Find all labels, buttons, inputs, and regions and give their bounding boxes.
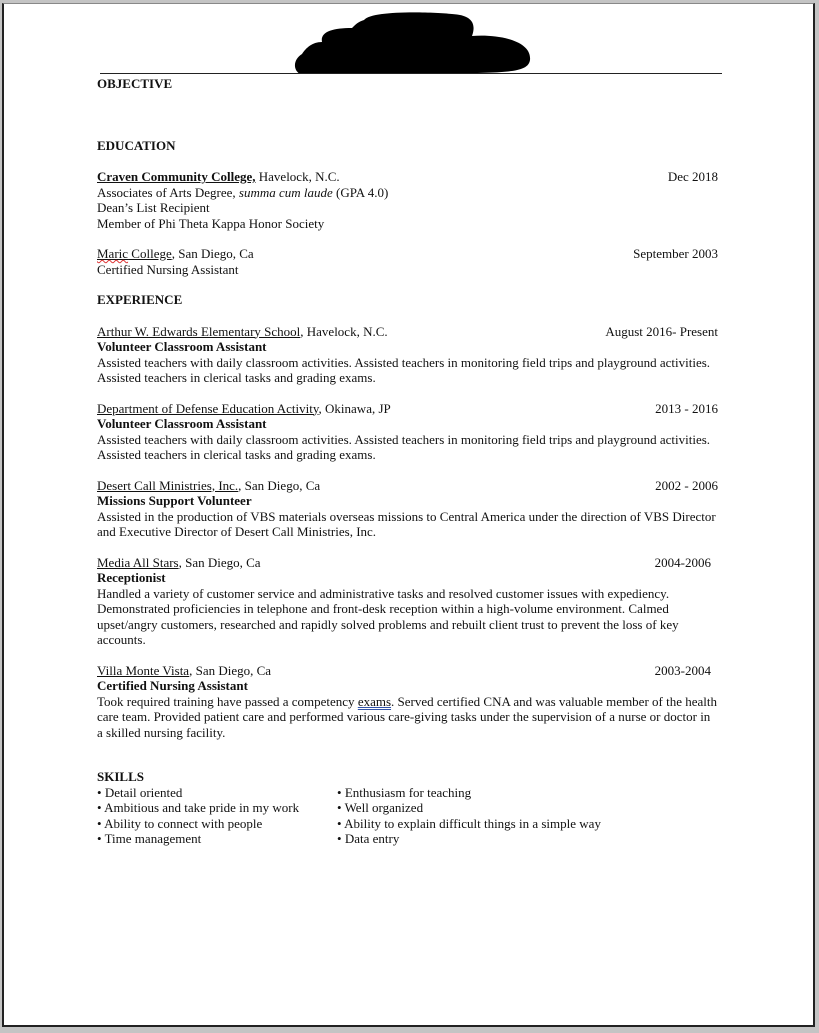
employer-name: Department of Defense Education Activity xyxy=(97,401,319,416)
education-detail: Dean’s List Recipient xyxy=(97,200,718,216)
employer-name: Desert Call Ministries, Inc. xyxy=(97,478,238,493)
institution-name: Craven Community College, xyxy=(97,169,256,184)
experience-date: 2003-2004 xyxy=(655,663,718,679)
institution-location: , San Diego, Ca xyxy=(172,246,254,261)
job-role: Certified Nursing Assistant xyxy=(97,678,718,694)
skill-text: Ability to connect with people xyxy=(104,816,262,831)
skill-text: Enthusiasm for teaching xyxy=(345,785,471,800)
experience-entry: Department of Defense Education Activity… xyxy=(97,401,718,463)
employer-location: , Havelock, N.C. xyxy=(300,324,387,339)
employer-name: Media All Stars xyxy=(97,555,179,570)
bullet-icon: • xyxy=(337,816,342,831)
employer-name: Villa Monte Vista xyxy=(97,663,189,678)
job-role: Missions Support Volunteer xyxy=(97,493,718,509)
employer-location: , San Diego, Ca xyxy=(179,555,261,570)
bullet-icon: • xyxy=(337,831,342,846)
education-date: September 2003 xyxy=(633,246,718,262)
spelling-flagged-word[interactable]: Maric xyxy=(97,246,128,261)
bullet-icon: • xyxy=(97,785,102,800)
skill-text: Data entry xyxy=(345,831,400,846)
skill-item: • Well organized xyxy=(337,800,718,816)
bullet-icon: • xyxy=(337,800,342,815)
section-heading-objective: OBJECTIVE xyxy=(97,76,718,92)
education-detail: Member of Phi Theta Kappa Honor Society xyxy=(97,216,718,232)
experience-date: August 2016- Present xyxy=(605,324,718,340)
section-heading-education: EDUCATION xyxy=(97,138,718,154)
job-description: Handled a variety of customer service an… xyxy=(97,586,718,648)
employer-location: , San Diego, Ca xyxy=(189,663,271,678)
skill-item: • Time management xyxy=(97,831,337,847)
name-redaction-mark xyxy=(292,10,532,74)
education-entry: Craven Community College, Havelock, N.C.… xyxy=(97,169,718,231)
experience-entry: Media All Stars, San Diego, Ca2004-2006 … xyxy=(97,555,718,648)
experience-date: 2013 - 2016 xyxy=(655,401,718,417)
job-description: Assisted teachers with daily classroom a… xyxy=(97,355,718,386)
experience-entry: Arthur W. Edwards Elementary School, Hav… xyxy=(97,324,718,386)
skill-text: Time management xyxy=(105,831,202,846)
bullet-icon: • xyxy=(97,800,102,815)
employer-location: , Okinawa, JP xyxy=(319,401,391,416)
institution-location: Havelock, N.C. xyxy=(256,169,340,184)
education-detail: Certified Nursing Assistant xyxy=(97,262,718,278)
skill-text: Ambitious and take pride in my work xyxy=(104,800,299,815)
degree-gpa: (GPA 4.0) xyxy=(333,185,389,200)
skill-item: • Ability to explain difficult things in… xyxy=(337,816,718,832)
employer-location: , San Diego, Ca xyxy=(238,478,320,493)
section-heading-skills: SKILLS xyxy=(97,769,718,785)
bullet-icon: • xyxy=(97,831,102,846)
section-heading-experience: EXPERIENCE xyxy=(97,292,718,308)
employer-name: Arthur W. Edwards Elementary School xyxy=(97,324,300,339)
skill-text: Detail oriented xyxy=(105,785,183,800)
experience-entry: Villa Monte Vista, San Diego, Ca2003-200… xyxy=(97,663,718,741)
skill-item: • Data entry xyxy=(337,831,718,847)
bullet-icon: • xyxy=(97,816,102,831)
experience-date: 2004-2006 xyxy=(655,555,718,571)
institution-name-rest: College xyxy=(128,246,172,261)
skill-item: • Ability to connect with people xyxy=(97,816,337,832)
grammar-flagged-word[interactable]: exams xyxy=(358,694,391,709)
skill-text: Well organized xyxy=(345,800,424,815)
degree-honor: summa cum laude xyxy=(239,185,333,200)
job-description-text: Took required training have passed a com… xyxy=(97,694,358,709)
skill-text: Ability to explain difficult things in a… xyxy=(344,816,601,831)
skill-item: • Detail oriented xyxy=(97,785,337,801)
job-role: Volunteer Classroom Assistant xyxy=(97,339,718,355)
experience-entry: Desert Call Ministries, Inc., San Diego,… xyxy=(97,478,718,540)
education-date: Dec 2018 xyxy=(668,169,718,185)
education-entry: Maric College, San Diego, Ca September 2… xyxy=(97,246,718,277)
job-description: Assisted teachers with daily classroom a… xyxy=(97,432,718,463)
degree-text: Associates of Arts Degree, xyxy=(97,185,239,200)
skill-item: • Ambitious and take pride in my work xyxy=(97,800,337,816)
job-role: Receptionist xyxy=(97,570,718,586)
institution-name: Maric College xyxy=(97,246,172,261)
job-role: Volunteer Classroom Assistant xyxy=(97,416,718,432)
job-description: Took required training have passed a com… xyxy=(97,694,718,741)
skills-list: • Detail oriented • Enthusiasm for teach… xyxy=(97,785,718,847)
experience-date: 2002 - 2006 xyxy=(655,478,718,494)
resume-body: OBJECTIVE EDUCATION Craven Community Col… xyxy=(97,76,718,847)
bullet-icon: • xyxy=(337,785,342,800)
skill-item: • Enthusiasm for teaching xyxy=(337,785,718,801)
header-divider xyxy=(100,73,722,74)
job-description: Assisted in the production of VBS materi… xyxy=(97,509,718,540)
